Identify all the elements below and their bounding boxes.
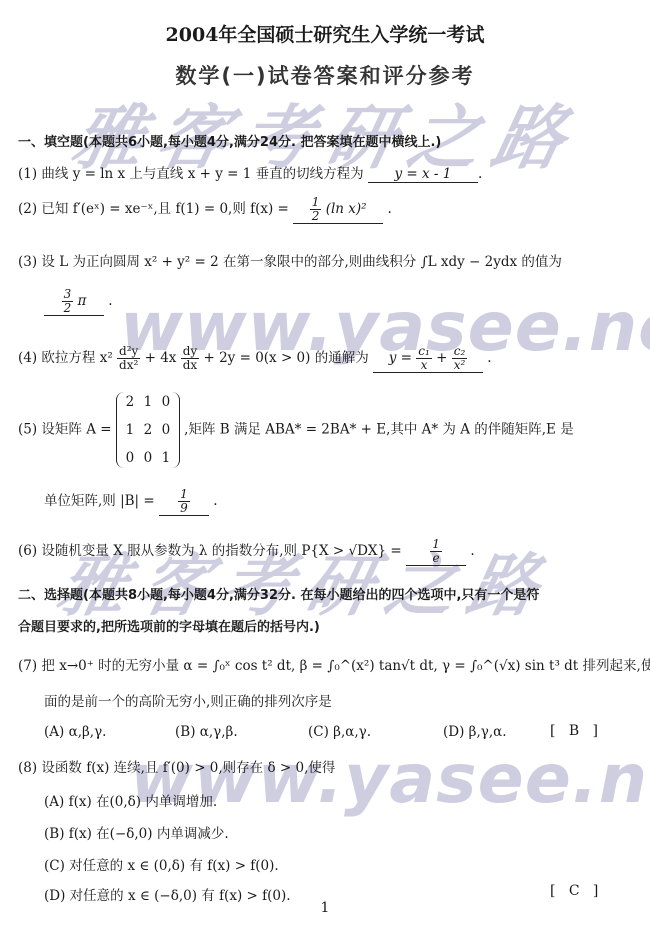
question-7-option-c: (C) β,α,γ.	[308, 724, 371, 740]
document-subtitle: 数学(一)试卷答案和评分参考	[0, 60, 650, 90]
question-8-option-c: (C) 对任意的 x ∈ (0,δ) 有 f(x) > f(0).	[44, 854, 279, 874]
question-2-text: (2) 已知 f′(eˣ) = xe⁻ˣ,且 f(1) = 0,则 f(x) =	[18, 201, 289, 217]
question-1-answer: y = x - 1	[368, 166, 478, 183]
question-7-cont: 面的是前一个的高阶无穷小,则正确的排列次序是	[44, 690, 332, 710]
section2-heading-2: 合题目要求的,把所选项前的字母填在题后的括号内.)	[18, 616, 320, 635]
document-page: 2004年全国硕士研究生入学统一考试 数学(一)试卷答案和评分参考 一、填空题(…	[0, 0, 650, 926]
question-2-answer: 12 (ln x)²	[293, 196, 383, 224]
page-number: 1	[0, 900, 650, 916]
section2-heading-1: 二、选择题(本题共8小题,每小题4分,满分32分. 在每小题给出的四个选项中,只…	[18, 584, 539, 603]
question-7-answer: [ B ]	[550, 723, 598, 739]
question-3-answer: 32 π .	[44, 288, 113, 316]
question-7-option-b: (B) α,γ,β.	[175, 724, 238, 740]
question-7: (7) 把 x→0⁺ 时的无穷小量 α = ∫₀ˣ cos t² dt, β =…	[18, 654, 650, 674]
question-6-answer: 1e	[406, 538, 466, 566]
question-7-option-d: (D) β,γ,α.	[443, 724, 507, 740]
question-8-option-a: (A) f(x) 在(0,δ) 内单调增加.	[44, 790, 217, 810]
question-8-option-b: (B) f(x) 在(−δ,0) 内单调减少.	[44, 822, 229, 842]
question-5: (5) 设矩阵 A = 210 120 001 ,矩阵 B 满足 ABA* = …	[18, 392, 574, 468]
question-5-cont: 单位矩阵,则 |B| = 19 .	[44, 488, 218, 516]
question-1-text: (1) 曲线 y = ln x 上与直线 x + y = 1 垂直的切线方程为	[18, 166, 364, 182]
question-1: (1) 曲线 y = ln x 上与直线 x + y = 1 垂直的切线方程为 …	[18, 162, 482, 183]
question-5-answer: 19	[159, 488, 209, 516]
question-2: (2) 已知 f′(eˣ) = xe⁻ˣ,且 f(1) = 0,则 f(x) =…	[18, 196, 392, 224]
document-title: 2004年全国硕士研究生入学统一考试	[0, 20, 650, 47]
question-6: (6) 设随机变量 X 服从参数为 λ 的指数分布,则 P{X > √DX} =…	[18, 538, 475, 566]
matrix-a: 210 120 001	[116, 392, 180, 468]
question-4: (4) 欧拉方程 x² d²ydx² + 4x dydx + 2y = 0(x …	[18, 345, 492, 373]
question-4-answer: y = c₁x + c₂x²	[373, 345, 483, 373]
question-8-answer: [ C ]	[550, 883, 598, 899]
question-8: (8) 设函数 f(x) 连续,且 f′(0) > 0,则存在 δ > 0,使得	[18, 756, 335, 776]
question-7-option-a: (A) α,β,γ.	[44, 724, 106, 740]
question-3: (3) 设 L 为正向圆周 x² + y² = 2 在第一象限中的部分,则曲线积…	[18, 250, 562, 270]
section1-heading: 一、填空题(本题共6小题,每小题4分,满分24分. 把答案填在题中横线上.)	[18, 131, 441, 150]
